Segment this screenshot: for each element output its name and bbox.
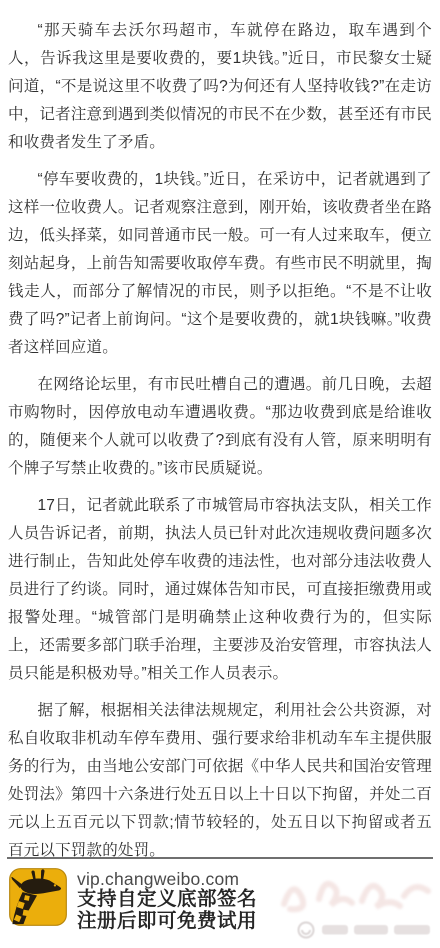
paragraph-2: “停车要收费的，1块钱。”近日，在采访中，记者就遇到了这样一位收费人。记者观察注… (8, 166, 432, 362)
script-signature-watermark (274, 866, 436, 920)
footer-domain: vip.changweibo.com (77, 869, 257, 889)
weibo-logo-watermark (294, 918, 436, 942)
footer-text-block: vip.changweibo.com 支持自定义底部签名 注册后即可免费试用 (77, 868, 257, 932)
paragraph-5: 据了解，根据相关法律法规规定，利用社会公共资源，对私自收取非机动车停车费用、强行… (8, 697, 432, 865)
footer-slogan-line2: 注册后即可免费试用 (77, 911, 257, 933)
giraffe-icon (9, 868, 67, 926)
paragraph-4: 17日，记者就此联系了市城管局市容执法支队，相关工作人员告诉记者，前期，执法人员… (8, 492, 432, 688)
footer-slogan-line1: 支持自定义底部签名 (77, 889, 257, 911)
article-body: “那天骑车去沃尔玛超市，车就停在路边，取车遇到个人，告诉我这里是要收费的，要1块… (0, 0, 440, 865)
long-weibo-page: { "article": { "paragraphs": [ "“那天骑车去沃尔… (0, 0, 440, 948)
paragraph-3: 在网络论坛里，有市民吐槽自己的遭遇。前几日晚，去超市购物时，因停放电动车遭遇收费… (8, 371, 432, 483)
paragraph-1: “那天骑车去沃尔玛超市，车就停在路边，取车遇到个人，告诉我这里是要收费的，要1块… (8, 17, 432, 157)
